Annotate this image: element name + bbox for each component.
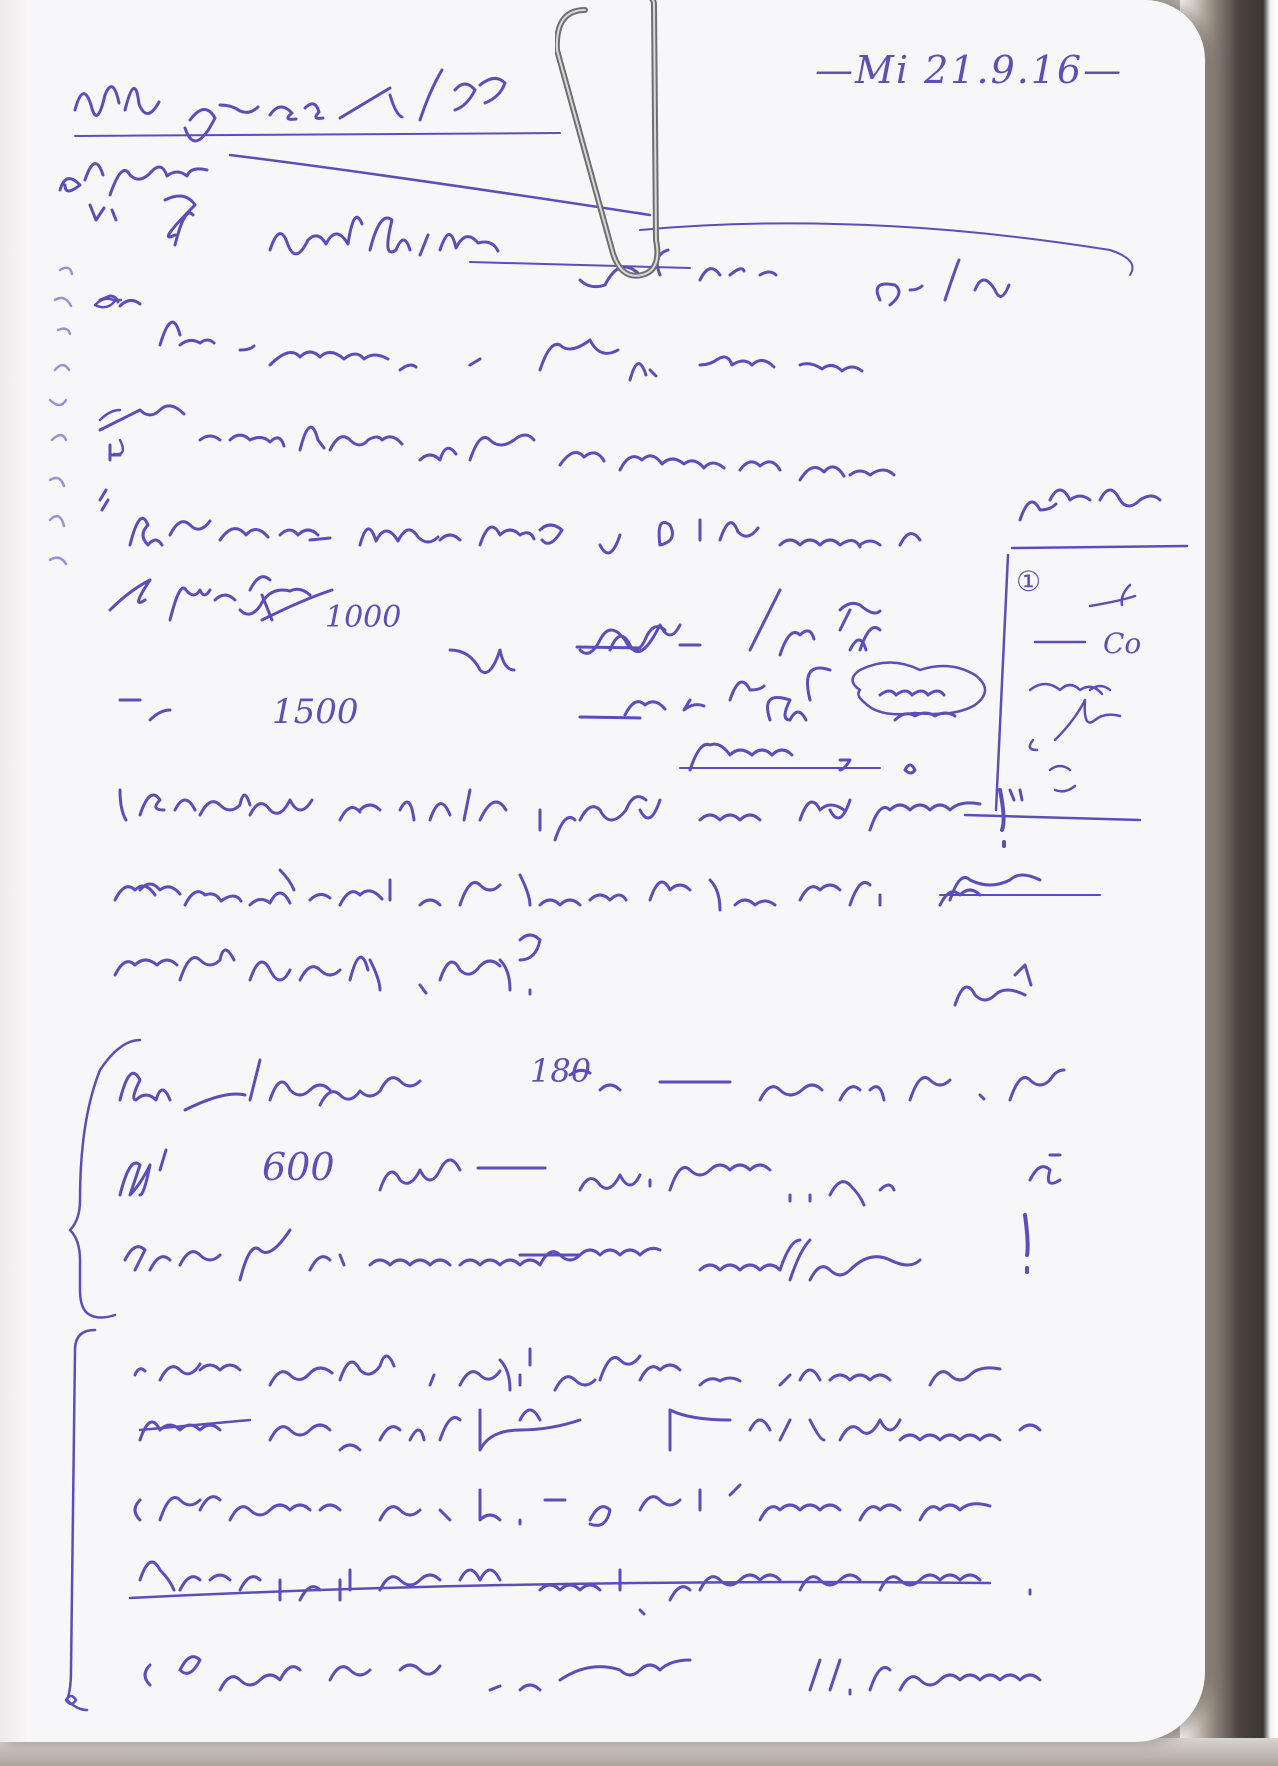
paperclip	[555, 0, 685, 290]
